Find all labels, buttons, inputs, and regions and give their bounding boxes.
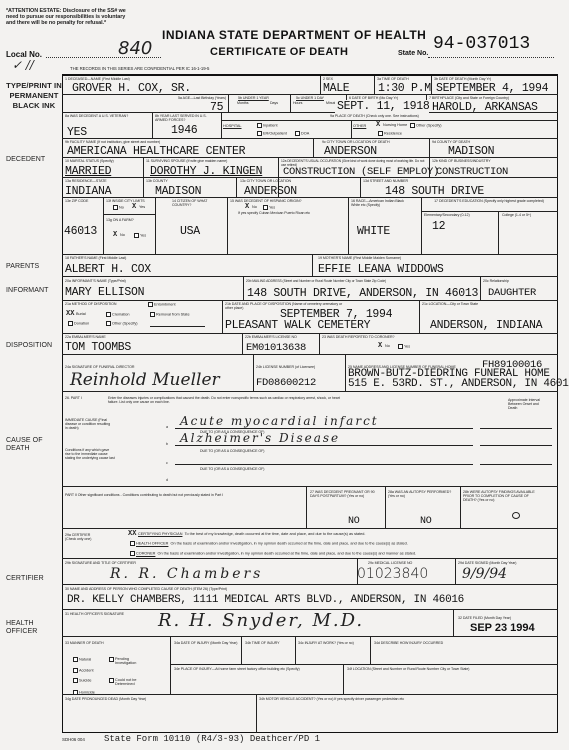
manner-accident[interactable]: Accident [73, 668, 94, 673]
removal-from-state-option[interactable]: Removal from State [150, 312, 190, 317]
county-of-death-label: 9d COUNTY OF DEATH [432, 140, 470, 144]
health-officer-option[interactable]: HEALTH OFFICER On the basis of examinati… [130, 541, 408, 546]
ink-instruction: TYPE/PRINT IN PERMANENT BLACK INK [6, 81, 62, 111]
business-value: CONSTRUCTION [436, 166, 508, 178]
med-license-label: 29c MEDICAL LICENSE NO [368, 561, 412, 565]
residence-option[interactable]: Residence [378, 131, 402, 136]
education-college-label: College (1-4 or 5+) [502, 213, 531, 217]
state-no-line [428, 57, 554, 58]
place-of-death-label: 9a PLACE OF DEATH (Check only one. See i… [330, 114, 419, 118]
disposition-method-label: 21a METHOD OF DISPOSITION [65, 302, 116, 306]
funeral-home-address: 515 E. 53RD. ST., ANDERSON, IN 46013 [348, 378, 569, 390]
footer-form: State Form 10110 (R4/3-93) Deathcer/PD 1 [104, 734, 320, 744]
disposition-place-value: PLEASANT WALK CEMETERY [225, 319, 370, 332]
relationship-value: DAUGHTER [488, 287, 536, 299]
name-label: 1 DECEASED—NAME (First Middle Last) [65, 77, 130, 81]
embalmer-value: TOM TOOMBS [65, 341, 131, 354]
coroner-label: 23 WAS DEATH REPORTED TO CORONER? [322, 335, 394, 339]
res-city-label: 13c CITY TOWN OR LOCATION [240, 179, 291, 183]
attention-notice: *ATTENTION ESTATE: Disclosure of the SS#… [6, 8, 134, 26]
section-cause-of-death: CAUSE OF DEATH [6, 437, 44, 453]
section-certifier: CERTIFIER [6, 575, 44, 582]
res-state-value: INDIANA [65, 185, 111, 198]
res-street-value: 148 SOUTH DRIVE [385, 185, 484, 198]
res-street-label: 13d STREET AND NUMBER [363, 179, 408, 183]
manner-suicide[interactable]: Suicide [73, 678, 91, 683]
pronounced-label: 34g DATE PRONOUNCED DEAD (Month Day Year… [65, 697, 146, 701]
immediate-cause-label: IMMEDIATE CAUSE (Final disease or condit… [65, 418, 113, 430]
injury-time-label: 34b TIME OF INJURY [245, 641, 289, 645]
injury-location-label: 34f LOCATION (Street and Number or Rural… [347, 667, 469, 671]
injury-how-label: 34d DESCRIBE HOW INJURY OCCURRED [374, 641, 443, 645]
date-filed-stamp: SEP 23 1994 [470, 622, 535, 634]
interval-label: Approximate Interval Between Onset and D… [508, 398, 548, 410]
local-no-value: 840 [118, 38, 152, 59]
zip-value: 46013 [64, 225, 97, 238]
entombment-option[interactable]: Entombment [148, 302, 176, 307]
burial-option[interactable]: XXBurial [66, 311, 86, 317]
hispanic-no[interactable]: XNo [245, 204, 257, 210]
embalmer-lic-label: 22b EMBALMER'S LICENSE NO [245, 335, 297, 339]
check-mark: ✓ // [12, 58, 34, 72]
other-specify-option[interactable]: Other (Specify) [410, 123, 442, 128]
zip-label: 13e ZIP CODE [65, 199, 88, 203]
ho-signature-label: 31 HEALTH OFFICER'S SIGNATURE [65, 612, 124, 616]
date-of-death-value: SEPTEMBER 4, 1994 [436, 82, 548, 95]
months-label: Months [237, 101, 249, 105]
due-to-b: DUE TO (OR AS A CONSEQUENCE OF) [200, 449, 264, 453]
interval-line-b [480, 445, 552, 446]
fd-signature-label: 24a SIGNATURE OF FUNERAL DIRECTOR [65, 365, 134, 369]
embalmer-lic-value: EM01013638 [246, 342, 306, 354]
time-of-death-label: 3a TIME OF DEATH [377, 77, 409, 81]
med-license-value: 01023840 [357, 566, 428, 582]
manner-undetermined[interactable]: Could not be Determined [109, 678, 143, 686]
section-decedent: DECEDENT [6, 156, 45, 163]
under-1-year-label: 5b UNDER 1 YEAR [238, 96, 269, 100]
fd-signature: Reinhold Mueller [70, 370, 220, 390]
city-of-death-value: ANDERSON [324, 145, 377, 158]
inside-city-yes[interactable]: XYes [132, 204, 145, 210]
father-value: ALBERT H. COX [65, 263, 151, 276]
pregnant-label: 27 WAS DECEDENT PREGNANT OR 90 DAYS POST… [310, 490, 380, 498]
coroner-option[interactable]: CORONER On the basis of examination and/… [130, 551, 416, 556]
manner-natural[interactable]: Natural [73, 657, 91, 662]
cause-a-value: Acute myocardial infarct [180, 414, 379, 428]
citizen-label: 14 CITIZEN OF WHAT COUNTRY? [172, 199, 224, 207]
race-value: WHITE [357, 225, 390, 238]
section-informant: INFORMANT [6, 287, 49, 294]
disposition-location-label: 21c LOCATION—City or Town State [422, 302, 478, 306]
section-parents: PARENTS [6, 263, 39, 270]
disposition-location-value: ANDERSON, INDIANA [430, 319, 542, 332]
inside-city-no[interactable]: No [113, 205, 124, 210]
footer-code: SDH06 004 [62, 738, 85, 742]
informant-addr-label: 20b MAILING ADDRESS (Street and Number o… [246, 279, 386, 283]
other-label: OTHER [353, 124, 366, 128]
dob-value: SEPT. 11, 1918 [335, 100, 429, 113]
days-label: Days [270, 101, 278, 105]
donation-option[interactable]: Donation [68, 321, 89, 326]
cause-line-a [175, 428, 473, 429]
birthplace-value: HAROLD, ARKANSAS [432, 101, 538, 114]
autopsy-label: 28a WAS AN AUTOPSY PERFORMED? (Yes or no… [388, 490, 456, 498]
sex-label: 2 SEX [323, 77, 333, 81]
autopsy-findings-circle [512, 512, 520, 519]
date-filed-label: 32 DATE FILED (Month Day Year) [458, 616, 511, 620]
cause-line-c [175, 464, 473, 465]
under-1-day-label: 5c UNDER 1 DAY [296, 96, 324, 100]
cause-b-value: Alzheimer's Disease [180, 431, 340, 445]
fd-license-label: 24b LICENSE NUMBER (of Licensee) [256, 365, 316, 369]
facility-value: AMERICANA HEALTHCARE CENTER [67, 145, 245, 158]
business-label: 12b KIND OF BUSINESS/INDUSTRY [432, 159, 491, 163]
autopsy-findings-label: 28b WERE AUTOPSY FINDINGS AVAILABLE PRIO… [463, 490, 541, 502]
interval-line-a [480, 428, 552, 429]
inside-city-label: 13f INSIDE CITY LIMITS [106, 199, 145, 203]
mother-label: 19 MOTHER'S NAME (First Middle Maiden Su… [318, 256, 401, 260]
doa-option[interactable]: DOA [295, 131, 309, 136]
confidential-notice: THE RECORDS IN THIS SERIES ARE CONFIDENT… [70, 67, 209, 71]
coroner-yes[interactable]: Yes [398, 344, 410, 349]
county-of-death-value: MADISON [448, 145, 494, 158]
agency-title: INDIANA STATE DEPARTMENT OF HEALTH [162, 28, 426, 42]
deceased-name: GROVER H. COX, SR. [72, 82, 191, 95]
on-farm-no[interactable]: XNo [113, 232, 125, 238]
education-label: 17 DECEDENT'S EDUCATION (Specify only hi… [430, 199, 548, 203]
certifying-physician-option[interactable]: XXCERTIFYING PHYSICIAN To the best of my… [128, 531, 365, 537]
manner-homicide[interactable]: Homicide [73, 690, 95, 695]
other-disposition-line [150, 326, 205, 327]
birthplace-label: 7 BIRTHPLACE (City and State or Foreign … [429, 96, 554, 100]
line-d-letter: d [166, 478, 168, 482]
year-served-label: 8b YEAR LAST SERVED IN U.S. ARMED FORCES… [155, 114, 217, 122]
due-to-c: DUE TO (OR AS A CONSEQUENCE OF) [200, 467, 264, 471]
nursing-home-option[interactable]: XNursing Home [376, 122, 407, 128]
line-b-letter: b [166, 442, 168, 446]
part1-instructions: Enter the diseases injuries or complicat… [108, 396, 348, 404]
facility-label: 9b FACILITY NAME (If not institution, gi… [65, 140, 160, 144]
on-farm-label: 13g ON A FARM? [106, 218, 134, 222]
marital-value: MARRIED [65, 165, 111, 178]
embalmer-label: 22a EMBALMER'S NAME [65, 335, 106, 339]
citizen-value: USA [180, 225, 200, 238]
hispanic-hint: If yes specify Cuban Mexican Puerto Rica… [238, 211, 338, 215]
city-of-death-label: 9c CITY TOWN OR LOCATION OF DEATH [322, 140, 390, 144]
state-no-label: State No. [398, 50, 428, 57]
cert-signature: R. R. Chambers [110, 566, 263, 582]
completer-label: 30 NAME AND ADDRESS OF PERSON WHO COMPLE… [65, 587, 227, 591]
pregnant-value: NO [348, 516, 359, 527]
age-label: 5a AGE—Last Birthday (Years) [168, 96, 226, 100]
education-elem-label: Elementary/Secondary (0-12) [424, 213, 470, 217]
inpatient-option[interactable]: Inpatient [257, 123, 278, 128]
informant-label: 20a INFORMANT'S NAME (Type/Print) [65, 279, 126, 283]
fd-license-value: FD08600212 [256, 377, 316, 389]
injury-place-label: 34e PLACE OF INJURY—At home farm street … [174, 667, 334, 671]
spouse-value: DOROTHY J. KINGEN [150, 165, 262, 178]
cause-line-b [175, 445, 473, 446]
hours-label: Hours [293, 101, 302, 105]
injury-date-label: 34a DATE OF INJURY (Month Day Year) [174, 641, 238, 645]
informant-addr-value: 148 SOUTH DRIVE, ANDERSON, IN 46013 [247, 287, 478, 300]
cremation-option[interactable]: Cremation [106, 312, 130, 317]
manner-pending[interactable]: Pending Investigation [109, 657, 143, 665]
on-farm-yes[interactable]: Yes [134, 233, 146, 238]
conditions-label: Conditions if any which gave rise to the… [65, 448, 115, 460]
state-no-value: 94-037013 [433, 34, 530, 54]
relationship-label: 20c Relationship [483, 279, 509, 283]
autopsy-value: NO [420, 516, 431, 527]
coroner-no[interactable]: XNo [378, 343, 390, 349]
certifier-label: 29a CERTIFIER (Check only one) [65, 533, 97, 541]
marital-label: 10 MARITAL STATUS (Specify) [65, 159, 125, 163]
line-a-letter: a [166, 425, 168, 429]
date-of-death-label: 3b DATE OF DEATH (Month Day Yr) [434, 77, 491, 81]
res-city-value: ANDERSON [244, 185, 297, 198]
completer-value: DR. KELLY CHAMBERS, 1111 MEDICAL ARTS BL… [67, 594, 464, 606]
part1-label: 26. PART I [65, 396, 82, 400]
hospital-label: HOSPITAL [223, 124, 242, 128]
date-signed-value: 9/9/94 [462, 566, 507, 582]
date-signed-label: 29d DATE SIGNED (Month Day Year) [458, 561, 516, 565]
veteran-label: 8a WAS DECEDENT A U.S. VETERAN? [65, 114, 145, 118]
ho-signature: R. H. Snyder, M.D. [158, 610, 364, 631]
other-disposition-option[interactable]: Other (Specify) [106, 321, 138, 326]
informant-value: MARY ELLISON [65, 286, 144, 299]
line-c-letter: c [166, 461, 168, 465]
part2-label: PART II Other significant conditions - C… [65, 493, 303, 497]
race-label: 16 RACE—American Indian Black White etc … [351, 199, 413, 207]
occupation-value: CONSTRUCTION (SELF EMPLOY) [283, 166, 439, 178]
father-label: 18 FATHER'S NAME (First Middle Last) [65, 256, 126, 260]
motor-vehicle-label: 34h MOTOR VEHICLE ACCIDENT? (Yes or no) … [259, 697, 404, 701]
education-elem-value: 12 [432, 220, 445, 233]
section-disposition: DISPOSITION [6, 342, 52, 349]
manner-label: 33 MANNER OF DEATH [65, 641, 104, 645]
injury-work-label: 34c INJURY AT WORK? (Yes or no) [298, 641, 358, 645]
time-of-death-value: 1:30 P.M [378, 82, 431, 95]
veteran-value: YES [67, 126, 87, 139]
res-county-label: 13b COUNTY [146, 179, 168, 183]
hispanic-yes[interactable]: Yes [263, 205, 275, 210]
interval-line-c [480, 464, 552, 465]
res-state-label: 13a RESIDENCE—STATE [65, 179, 107, 183]
er-outpatient-option[interactable]: ER/Outpatient [257, 131, 287, 136]
res-county-value: MADISON [155, 185, 201, 198]
cert-signature-label: 29b SIGNATURE AND TITLE OF CERTIFIER [65, 561, 136, 565]
section-health-officer: HEALTH OFFICER [6, 620, 46, 636]
year-served-value: 1946 [171, 124, 197, 137]
mother-value: EFFIE LEANA WIDDOWS [318, 263, 443, 276]
hispanic-label: 15 WAS DECEDENT OF HISPANIC ORIGIN? [230, 199, 301, 203]
spouse-label: 11 SURVIVING SPOUSE (If wife give maiden… [146, 159, 236, 163]
page-title: CERTIFICATE OF DEATH [210, 46, 348, 58]
